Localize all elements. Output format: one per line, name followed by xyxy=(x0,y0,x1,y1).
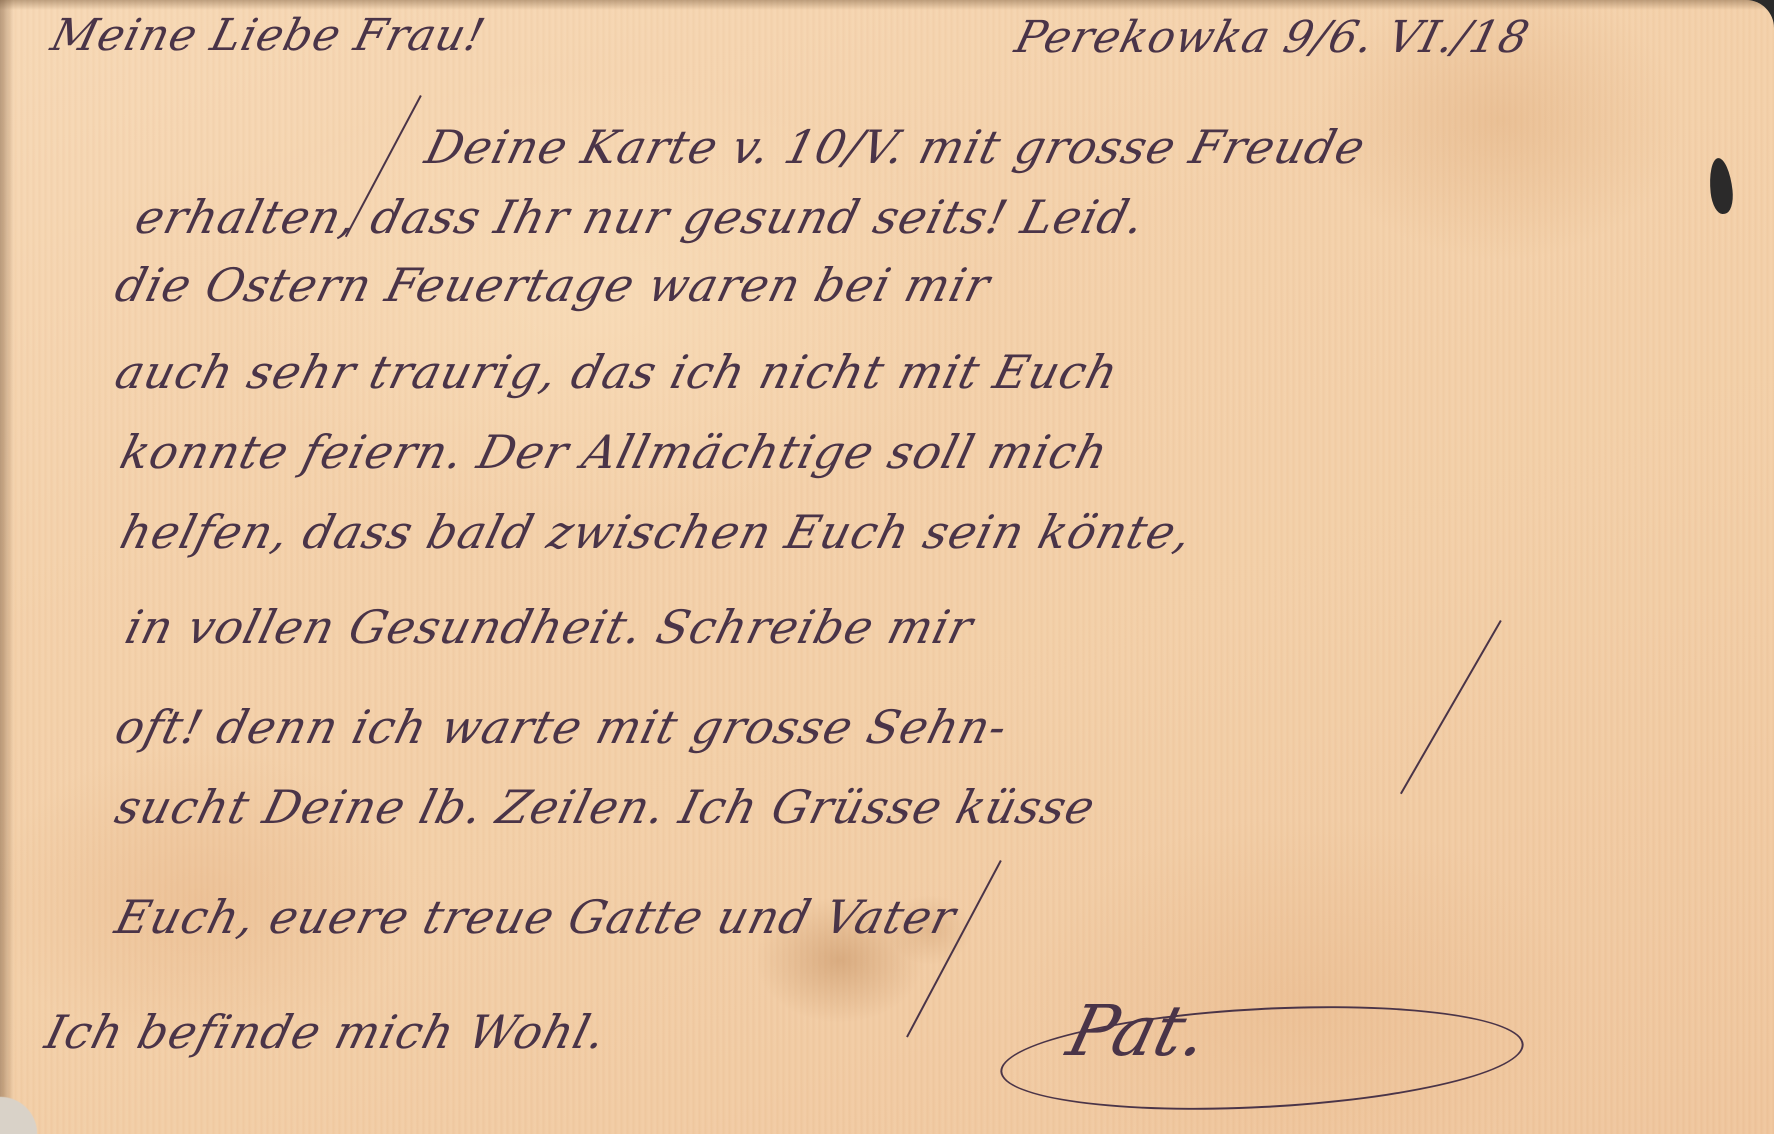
greeting: Meine Liebe Frau! xyxy=(46,10,491,61)
signature: Pat. xyxy=(1000,990,1540,1110)
body-line-6: helfen, dass bald zwischen Euch sein kön… xyxy=(115,505,1198,559)
body-line-1: Deine Karte v. 10/V. mit grosse Freude xyxy=(420,120,1371,174)
body-line-10: Euch, euere treue Gatte und Vater xyxy=(110,890,962,944)
corner-damage xyxy=(0,1088,40,1134)
body-line-4: auch sehr traurig, das ich nicht mit Euc… xyxy=(110,345,1124,399)
paper-hole xyxy=(1707,157,1735,215)
closing-line: Ich befinde mich Wohl. xyxy=(40,1005,612,1059)
body-line-8: oft! denn ich warte mit grosse Sehn- xyxy=(110,700,1013,754)
body-line-7: in vollen Gesundheit. Schreibe mir xyxy=(120,600,979,654)
body-line-3: die Ostern Feuertage waren bei mir xyxy=(110,258,996,312)
body-line-9: sucht Deine lb. Zeilen. Ich Grüsse küsse xyxy=(110,780,1101,834)
card-left-edge xyxy=(0,0,14,1134)
place-date: Perekowka 9/6. VI./18 xyxy=(1010,12,1535,63)
body-line-2: erhalten, dass Ihr nur gesund seits! Lei… xyxy=(130,190,1151,244)
pen-flourish-2 xyxy=(1400,620,1502,794)
card-top-edge xyxy=(0,0,1774,10)
signature-text: Pat. xyxy=(1060,990,1217,1072)
body-line-5: konnte feiern. Der Allmächtige soll mich xyxy=(115,425,1114,479)
pen-flourish-3 xyxy=(906,860,1002,1038)
postcard: Meine Liebe Frau! Perekowka 9/6. VI./18 … xyxy=(0,0,1774,1134)
